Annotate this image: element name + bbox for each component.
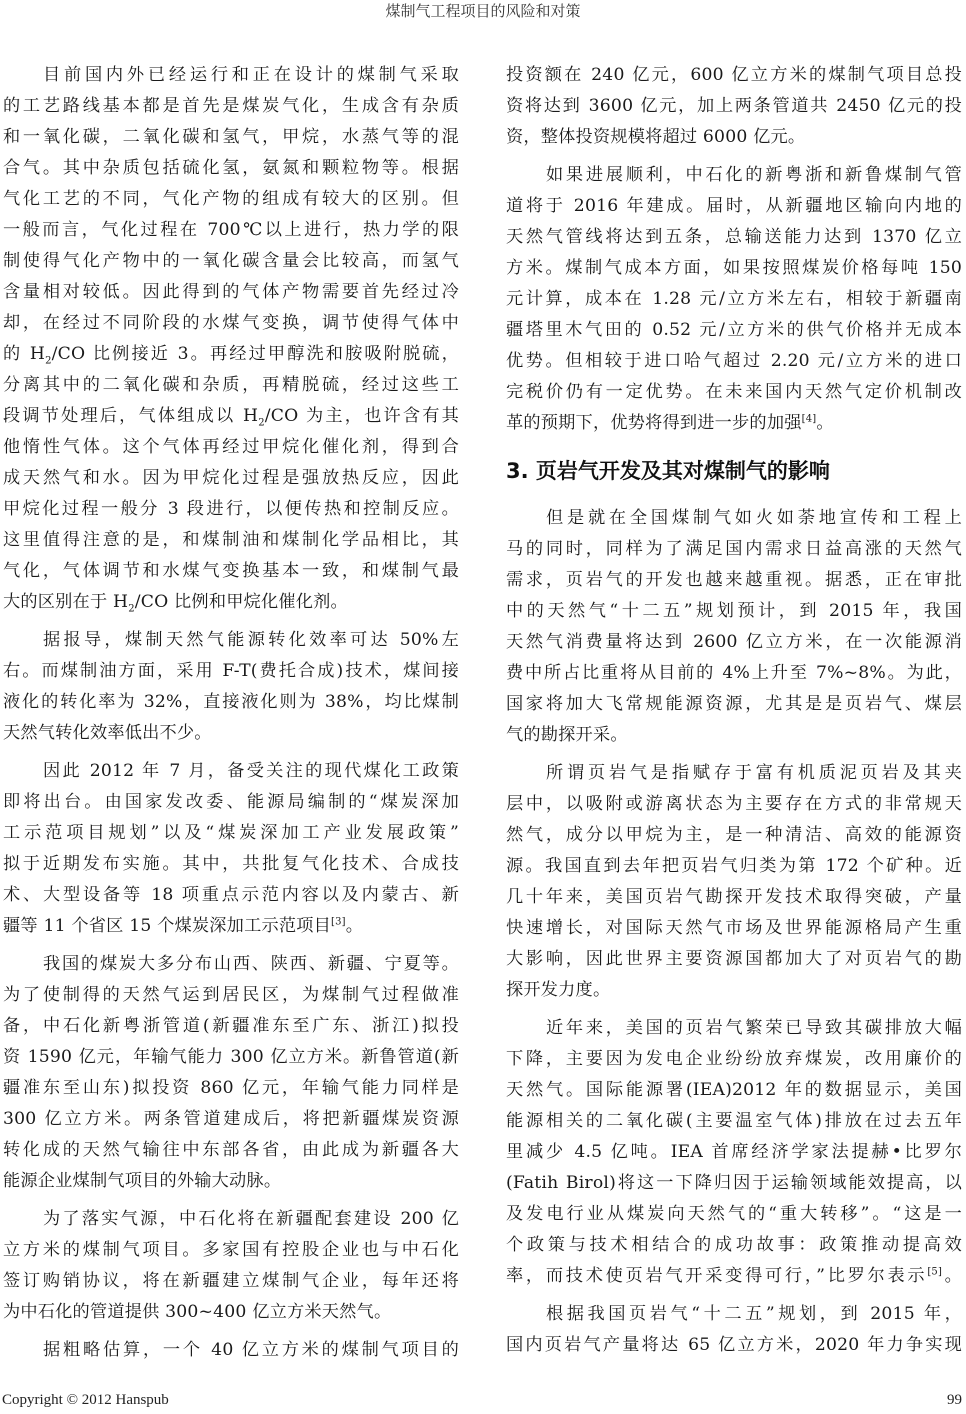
text-line: 马的同时，同样为了满足国内需求日益高涨的天然气 bbox=[506, 534, 962, 565]
text-line: 下降，主要因为发电企业纷纷放弃煤炭，改用廉价的 bbox=[506, 1044, 962, 1075]
text-line: 立方米的煤制气项目。多家国有控股企业也与中石化 bbox=[3, 1235, 459, 1266]
text-line: 成天然气和水。因为甲烷化过程是强放热反应，因此 bbox=[3, 463, 459, 494]
text-line: 这里值得注意的是，和煤制油和煤制化学品相比，其 bbox=[3, 525, 459, 556]
text-line: 快速增长，对国际天然气市场及世界能源格局产生重 bbox=[506, 913, 962, 944]
text-line: 据报导，煤制天然气能源转化效率可达 50%左 bbox=[3, 625, 459, 656]
text-line: 疆塔里木气田的 0.52 元/立方米的供气价格并无成本 bbox=[506, 315, 962, 346]
text-line: 天然气。国际能源署(IEA)2012 年的数据显示，美国 bbox=[506, 1075, 962, 1106]
text-line: 我国的煤炭大多分布山西、陕西、新疆、宁夏等。 bbox=[3, 949, 459, 980]
text-line: 分离其中的二氧化碳和杂质，再精脱硫，经过这些工 bbox=[3, 370, 459, 401]
text-line: 优势。但相较于进口哈气超过 2.20 元/立方米的进口 bbox=[506, 346, 962, 377]
text-line: 他惰性气体。这个气体再经过甲烷化催化剂，得到合 bbox=[3, 432, 459, 463]
paragraph-gap bbox=[3, 618, 459, 625]
text-line: 却，在经过不同阶段的水煤气变换，调节使得气体中 bbox=[3, 308, 459, 339]
paragraph-gap bbox=[3, 1328, 459, 1335]
text-line: 转化成的天然气输往中东部各省，由此成为新疆各大 bbox=[3, 1135, 459, 1166]
text-line: 需求，页岩气的开发也越来越重视。据悉，正在审批 bbox=[506, 565, 962, 596]
text-line: 投资额在 240 亿元，600 亿立方米的煤制气项目总投 bbox=[506, 60, 962, 91]
text-line: 气化工艺的不同，气化产物的组成有较大的区别。但 bbox=[3, 184, 459, 215]
text-line: 目前国内外已经运行和正在设计的煤制气采取 bbox=[3, 60, 459, 91]
text-line: 但是就在全国煤制气如火如荼地宣传和工程上 bbox=[506, 503, 962, 534]
text-line: 中的天然气“十二五”规划预计，到 2015 年，我国 bbox=[506, 596, 962, 627]
text-line: 国内页岩气产量将达 65 亿立方米，2020 年力争实现 bbox=[506, 1330, 962, 1361]
text-segment: 疆等 11 个省区 15 个煤炭深加工示范项目 bbox=[3, 916, 331, 936]
text-line: (Fatih Birol)将这一下降归因于运输领域能效提高，以 bbox=[506, 1168, 962, 1199]
copyright-notice: Copyright © 2012 Hanspub bbox=[2, 1392, 169, 1409]
paragraph-gap bbox=[506, 1292, 962, 1299]
text-segment: /CO 比例接近 3。再经过甲醇洗和胺吸附脱硫， bbox=[52, 344, 459, 364]
text-line: 里减少 4.5 亿吨。IEA 首席经济学家法提赫•比罗尔 bbox=[506, 1137, 962, 1168]
right-column-top: 投资额在 240 亿元，600 亿立方米的煤制气项目总投资将达到 3600 亿元… bbox=[506, 60, 962, 439]
text-line: 几十年来，美国页岩气勘探开发技术取得突破，产量 bbox=[506, 882, 962, 913]
running-head-title: 煤制气工程项目的风险和对策 bbox=[0, 0, 966, 24]
text-line: 据粗略估算，一个 40 亿立方米的煤制气项目的 bbox=[3, 1335, 459, 1366]
text-line: 大的区别在于 H2/CO 比例和甲烷化催化剂。 bbox=[3, 587, 459, 618]
text-line: 右。而煤制油方面，采用 F-T(费托合成)技术，煤间接 bbox=[3, 656, 459, 687]
page-number: 99 bbox=[947, 1392, 962, 1409]
text-line: 备，中石化新粤浙管道(新疆准东至广东、浙江)拟投 bbox=[3, 1011, 459, 1042]
text-line: 为中石化的管道提供 300~400 亿立方米天然气。 bbox=[3, 1297, 459, 1328]
text-segment: /CO 为主，也许含有其 bbox=[265, 406, 459, 426]
text-segment: 。 bbox=[346, 916, 363, 936]
text-line: 工示范项目规划”以及“煤炭深加工产业发展政策” bbox=[3, 818, 459, 849]
text-segment: /CO 比例和甲烷化催化剂。 bbox=[135, 592, 348, 612]
text-segment: 大的区别在于 H bbox=[3, 592, 128, 612]
text-line: 大影响，因此世界主要资源国都加大了对页岩气的勘 bbox=[506, 944, 962, 975]
text-line: 源。我国直到去年把页岩气归类为第 172 个矿种。近 bbox=[506, 851, 962, 882]
text-line: 根据我国页岩气“十二五”规划，到 2015 年， bbox=[506, 1299, 962, 1330]
text-line: 革的预期下，优势将得到进一步的加强[4]。 bbox=[506, 408, 962, 439]
text-line: 资，整体投资规模将超过 6000 亿元。 bbox=[506, 122, 962, 153]
text-line: 方米。煤制气成本方面，如果按照煤炭价格每吨 150 bbox=[506, 253, 962, 284]
text-segment: 的 H bbox=[3, 344, 45, 364]
text-line: 天然气消费量将达到 2600 亿立方米，在一次能源消 bbox=[506, 627, 962, 658]
text-line: 拟于近期发布实施。其中，共批复气化技术、合成技 bbox=[3, 849, 459, 880]
text-line: 为了使制得的天然气运到居民区，为煤制气过程做准 bbox=[3, 980, 459, 1011]
text-line: 气的勘探开采。 bbox=[506, 720, 962, 751]
text-line: 制使得气化产物中的一氧化碳含量会比较高，而氢气 bbox=[3, 246, 459, 277]
text-segment: 。 bbox=[816, 413, 833, 433]
section-heading: 3. 页岩气开发及其对煤制气的影响 bbox=[506, 439, 962, 503]
paragraph-gap bbox=[506, 751, 962, 758]
text-line: 天然气转化效率低出不少。 bbox=[3, 718, 459, 749]
text-line: 为了落实气源，中石化将在新疆配套建设 200 亿 bbox=[3, 1204, 459, 1235]
text-line: 探开发力度。 bbox=[506, 975, 962, 1006]
text-line: 及发电行业从煤炭向天然气的“重大转移”。“这是一 bbox=[506, 1199, 962, 1230]
text-line: 道将于 2016 年建成。届时，从新疆地区输向内地的 bbox=[506, 191, 962, 222]
text-line: 和一氧化碳，二氧化碳和氢气，甲烷，水蒸气等的混 bbox=[3, 122, 459, 153]
text-line: 甲烷化过程一般分 3 段进行，以便传热和控制反应。 bbox=[3, 494, 459, 525]
text-line: 费中所占比重将从目前的 4%上升至 7%~8%。为此， bbox=[506, 658, 962, 689]
text-line: 天然气管线将达到五条，总输送能力达到 1370 亿立 bbox=[506, 222, 962, 253]
text-line: 疆等 11 个省区 15 个煤炭深加工示范项目[3]。 bbox=[3, 911, 459, 942]
text-segment: 革的预期下，优势将得到进一步的加强 bbox=[506, 413, 802, 433]
citation-reference: [3] bbox=[331, 916, 346, 927]
right-column: 投资额在 240 亿元，600 亿立方米的煤制气项目总投资将达到 3600 亿元… bbox=[506, 60, 962, 1361]
left-column: 目前国内外已经运行和正在设计的煤制气采取的工艺路线基本都是首先是煤炭气化，生成含… bbox=[3, 60, 459, 1366]
text-line: 率，而技术使页岩气开采变得可行，”比罗尔表示[5]。 bbox=[506, 1261, 962, 1292]
text-line: 含量相对较低。因此得到的气体产物需要首先经过冷 bbox=[3, 277, 459, 308]
text-line: 疆准东至山东)拟投资 860 亿元，年输气能力同样是 bbox=[3, 1073, 459, 1104]
text-line: 气化，气体调节和水煤气变换基本一致，和煤制气最 bbox=[3, 556, 459, 587]
text-line: 的 H2/CO 比例接近 3。再经过甲醇洗和胺吸附脱硫， bbox=[3, 339, 459, 370]
citation-reference: [4] bbox=[802, 413, 817, 424]
text-line: 近年来，美国的页岩气繁荣已导致其碳排放大幅 bbox=[506, 1013, 962, 1044]
text-line: 300 亿立方米。两条管道建成后，将把新疆煤炭资源 bbox=[3, 1104, 459, 1135]
text-line: 所谓页岩气是指赋存于富有机质泥页岩及其夹 bbox=[506, 758, 962, 789]
text-segment: 率，而技术使页岩气开采变得可行，”比罗尔表示 bbox=[506, 1266, 927, 1286]
paragraph-gap bbox=[506, 1006, 962, 1013]
text-line: 资 1590 亿元，年输气能力 300 亿立方米。新鲁管道(新 bbox=[3, 1042, 459, 1073]
text-segment: 。 bbox=[942, 1266, 962, 1286]
right-column-bottom: 但是就在全国煤制气如火如荼地宣传和工程上马的同时，同样为了满足国内需求日益高涨的… bbox=[506, 503, 962, 1361]
text-line: 个政策与技术相结合的成功故事：政策推动提高效 bbox=[506, 1230, 962, 1261]
text-line: 段调节处理后，气体组成以 H2/CO 为主，也许含有其 bbox=[3, 401, 459, 432]
text-line: 因此 2012 年 7 月，备受关注的现代煤化工政策 bbox=[3, 756, 459, 787]
text-line: 完税价仍有一定优势。在未来国内天然气定价机制改 bbox=[506, 377, 962, 408]
paragraph-gap bbox=[3, 1197, 459, 1204]
paragraph-gap bbox=[3, 749, 459, 756]
text-line: 能源企业煤制气项目的外输大动脉。 bbox=[3, 1166, 459, 1197]
text-line: 层中，以吸附或游离状态为主要存在方式的非常规天 bbox=[506, 789, 962, 820]
paragraph-gap bbox=[506, 153, 962, 160]
text-line: 元计算，成本在 1.28 元/立方米左右，相较于新疆南 bbox=[506, 284, 962, 315]
text-line: 国家将加大飞常规能源资源，尤其是是页岩气、煤层 bbox=[506, 689, 962, 720]
text-line: 的工艺路线基本都是首先是煤炭气化，生成含有杂质 bbox=[3, 91, 459, 122]
text-line: 能源相关的二氧化碳(主要温室气体)排放在过去五年 bbox=[506, 1106, 962, 1137]
text-line: 合气。其中杂质包括硫化氢，氨氮和颗粒物等。根据 bbox=[3, 153, 459, 184]
text-line: 然气，成分以甲烷为主，是一种清洁、高效的能源资 bbox=[506, 820, 962, 851]
text-line: 液化的转化率为 32%，直接液化则为 38%，均比煤制 bbox=[3, 687, 459, 718]
text-line: 如果进展顺利，中石化的新粤浙和新鲁煤制气管 bbox=[506, 160, 962, 191]
text-segment: 段调节处理后，气体组成以 H bbox=[3, 406, 258, 426]
text-line: 即将出台。由国家发改委、能源局编制的“煤炭深加 bbox=[3, 787, 459, 818]
text-line: 术、大型设备等 18 项重点示范内容以及内蒙古、新 bbox=[3, 880, 459, 911]
paragraph-gap bbox=[3, 942, 459, 949]
text-line: 资将达到 3600 亿元，加上两条管道共 2450 亿元的投 bbox=[506, 91, 962, 122]
text-line: 签订购销协议，将在新疆建立煤制气企业，每年还将 bbox=[3, 1266, 459, 1297]
page-footer: Copyright © 2012 Hanspub 99 bbox=[0, 1392, 966, 1412]
text-line: 一般而言，气化过程在 700℃以上进行，热力学的限 bbox=[3, 215, 459, 246]
citation-reference: [5] bbox=[927, 1266, 942, 1277]
